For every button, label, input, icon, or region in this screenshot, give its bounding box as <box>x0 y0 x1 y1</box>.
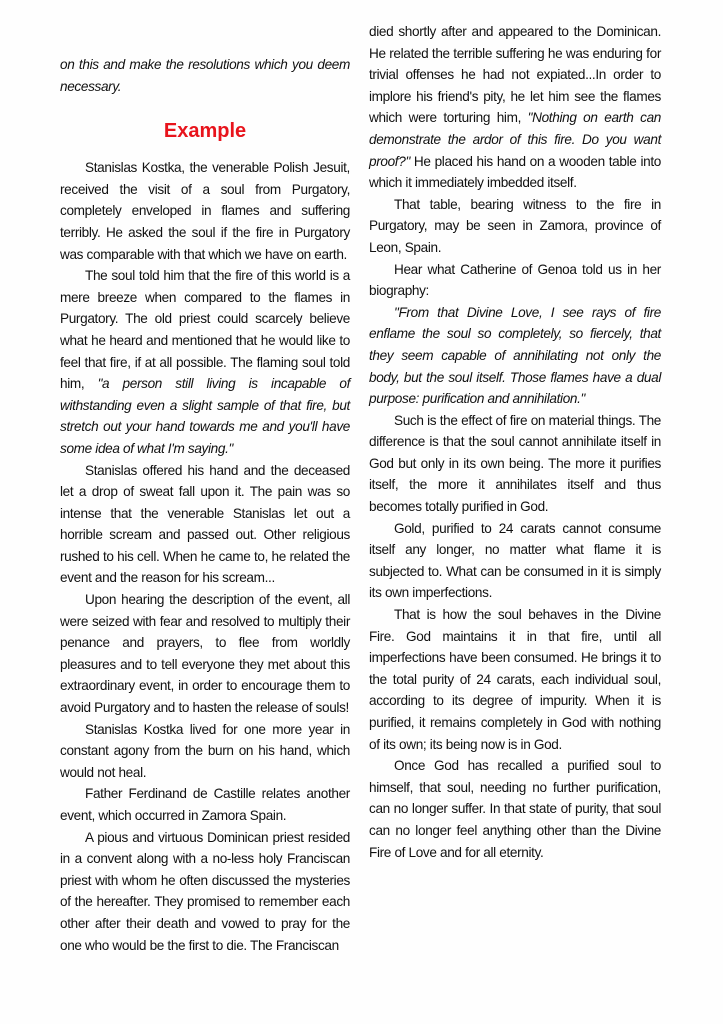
paragraph: Father Ferdinand de Castille relates ano… <box>60 783 350 826</box>
paragraph-text: The soul told him that the fire of this … <box>60 268 350 391</box>
paragraph: Once God has recalled a purified soul to… <box>369 755 661 863</box>
continuation-paragraph: died shortly after and appeared to the D… <box>369 21 661 194</box>
paragraph: Hear what Catherine of Genoa told us in … <box>369 259 661 302</box>
paragraph: A pious and virtuous Dominican priest re… <box>60 827 350 957</box>
paragraph-text: He placed his hand on a wooden table int… <box>369 154 661 191</box>
document-page: on this and make the resolutions which y… <box>0 0 723 1024</box>
paragraph: Stanislas Kostka lived for one more year… <box>60 719 350 784</box>
quote-paragraph: "From that Divine Love, I see rays of fi… <box>369 302 661 410</box>
paragraph: Stanislas Kostka, the venerable Polish J… <box>60 157 350 265</box>
quote-text: "From that Divine Love, I see rays of fi… <box>369 305 661 406</box>
paragraph: Gold, purified to 24 carats cannot consu… <box>369 518 661 604</box>
paragraph: Stanislas offered his hand and the decea… <box>60 460 350 590</box>
paragraph: That table, bearing witness to the fire … <box>369 194 661 259</box>
paragraph: That is how the soul behaves in the Divi… <box>369 604 661 755</box>
quote-text: "a person still living is incapable of w… <box>60 376 350 456</box>
paragraph: Upon hearing the description of the even… <box>60 589 350 719</box>
right-column: died shortly after and appeared to the D… <box>369 21 661 863</box>
left-column: on this and make the resolutions which y… <box>60 54 350 956</box>
paragraph: Such is the effect of fire on material t… <box>369 410 661 518</box>
section-heading: Example <box>60 119 350 143</box>
continuation-text: on this and make the resolutions which y… <box>60 54 350 97</box>
paragraph: The soul told him that the fire of this … <box>60 265 350 459</box>
